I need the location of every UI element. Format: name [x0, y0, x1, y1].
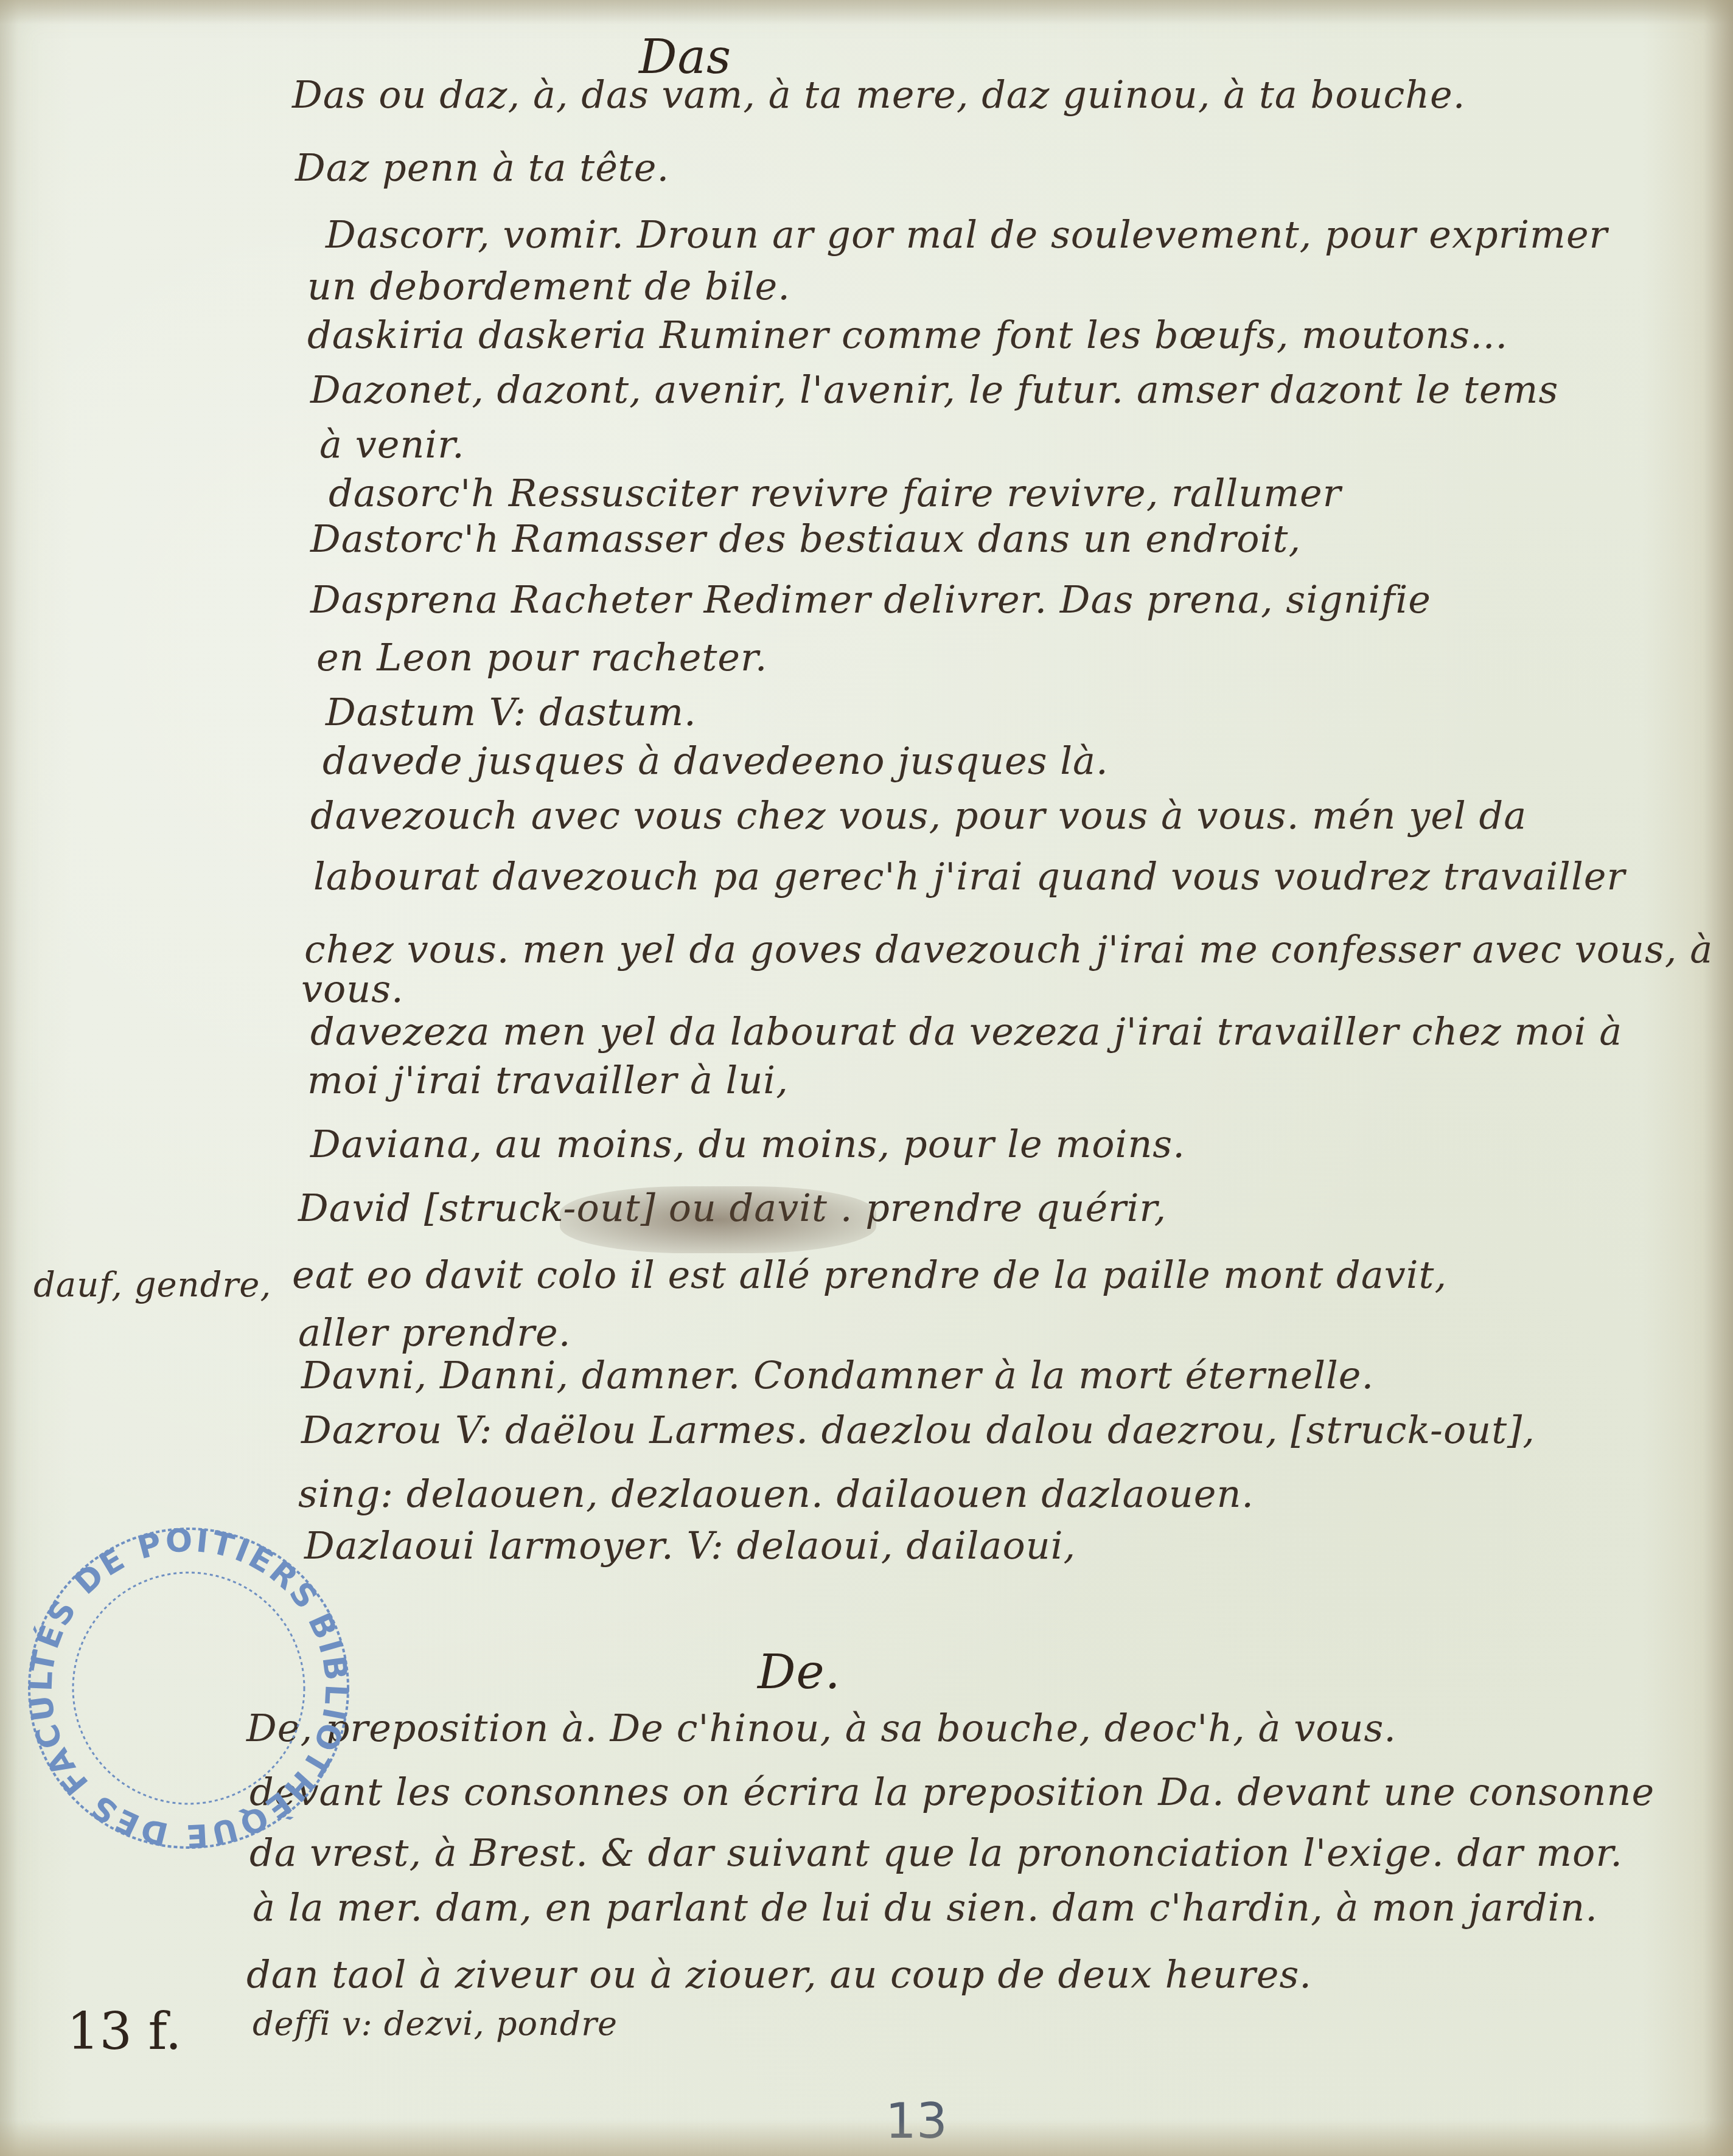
entry-line: davezouch avec vous chez vous, pour vous… — [310, 797, 1527, 835]
svg-text:BIBLIOTHÈQUE DES FACULTÉS DE P: BIBLIOTHÈQUE DES FACULTÉS DE POITIERS — [18, 1518, 359, 1859]
entry-line: Dasprena Racheter Redimer delivrer. Das … — [310, 581, 1431, 619]
entry-line: sing: delaouen, dezlaouen. dailaouen daz… — [298, 1475, 1254, 1513]
entry-line: Das ou daz, à, das vam, à ta mere, daz g… — [292, 76, 1465, 114]
entry-line: dasorc'h Ressusciter revivre faire reviv… — [329, 475, 1341, 512]
entry-line: dan taol à ziveur ou à ziouer, au coup d… — [246, 1956, 1312, 1994]
entry-line: davezeza men yel da labourat da vezeza j… — [310, 1013, 1622, 1051]
entry-line: Dastorc'h Ramasser des bestiaux dans un … — [310, 520, 1301, 558]
ink-smudge — [560, 1186, 876, 1253]
entry-line: deffi v: dezvi, pondre — [253, 2008, 618, 2040]
entry-line: De, preposition à. De c'hinou, à sa bouc… — [246, 1709, 1397, 1747]
entry-line: eat eo davit colo il est allé prendre de… — [292, 1256, 1447, 1294]
manuscript-page: Das Das ou daz, à, das vam, à ta mere, d… — [0, 0, 1733, 2156]
entry-line: labourat davezouch pa gerec'h j'irai qua… — [313, 858, 1625, 895]
entry-line: en Leon pour racheter. — [316, 639, 768, 676]
page-number: 13 — [885, 2093, 947, 2149]
section-heading-de: De. — [758, 1649, 841, 1696]
entry-line: chez vous. men yel da goves davezouch j'… — [304, 931, 1713, 968]
stamp-circle-icon: BIBLIOTHÈQUE DES FACULTÉS DE POITIERS — [18, 1518, 359, 1859]
entry-line: da vrest, à Brest. & dar suivant que la … — [249, 1834, 1623, 1872]
entry-line: Dazonet, dazont, avenir, l'avenir, le fu… — [310, 371, 1558, 409]
entry-line: Davni, Danni, damner. Condamner à la mor… — [301, 1357, 1374, 1394]
entry-line: devant les consonnes on écrira la prepos… — [249, 1773, 1655, 1811]
folio-mark: 13 f. — [67, 2001, 181, 2061]
entry-line: à venir. — [319, 426, 465, 464]
entry-line: daskiria daskeria Ruminer comme font les… — [307, 316, 1508, 354]
entry-line: Dascorr, vomir. Droun ar gor mal de soul… — [326, 216, 1608, 254]
margin-note: dauf, gendre, — [33, 1268, 271, 1302]
entry-line: à la mer. dam, en parlant de lui du sien… — [253, 1889, 1598, 1927]
entry-line: un debordement de bile. — [307, 268, 790, 305]
entry-line: aller prendre. — [298, 1314, 571, 1352]
entry-line: Dazrou V: daëlou Larmes. daezlou dalou d… — [301, 1411, 1535, 1449]
entry-line: Daz penn à ta tête. — [295, 149, 669, 187]
entry-line: Daviana, au moins, du moins, pour le moi… — [310, 1125, 1185, 1163]
entry-line: Dastum V: dastum. — [326, 694, 697, 731]
library-stamp: BIBLIOTHÈQUE DES FACULTÉS DE POITIERS — [18, 1518, 359, 1859]
entry-line: davede jusques à davedeeno jusques là. — [323, 742, 1109, 780]
entry-line: vous. — [301, 970, 404, 1008]
entry-line: moi j'irai travailler à lui, — [307, 1062, 789, 1099]
entry-line: Dazlaoui larmoyer. V: delaoui, dailaoui, — [304, 1527, 1076, 1565]
